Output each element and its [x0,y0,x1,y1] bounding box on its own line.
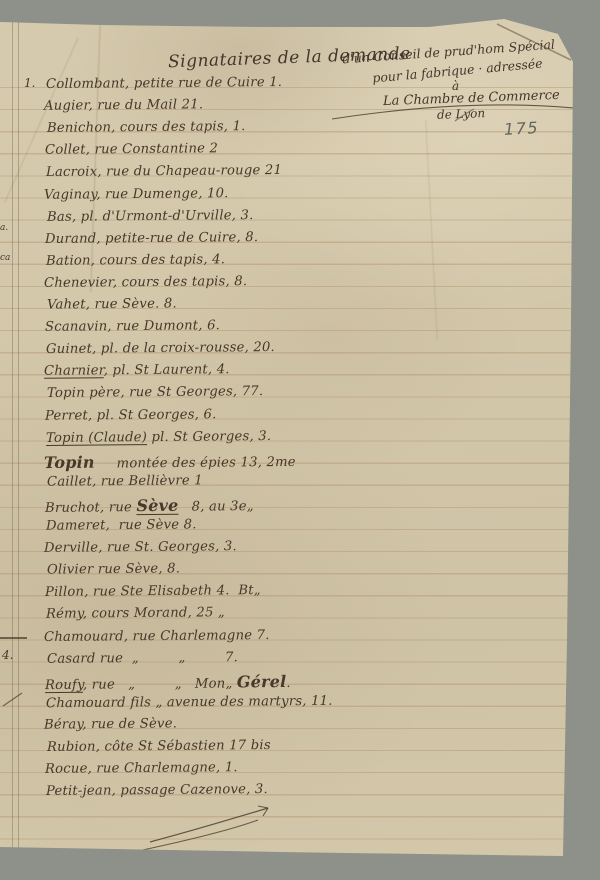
entry-text: Durand, petite-rue de Cuire, 8. [45,230,258,247]
list-entry: Chamouard fils „ avenue des martyrs, 11. [46,694,333,712]
entry-text: Derville, rue St. Georges, 3. [44,539,237,556]
margin-number-first: 1. [24,76,35,90]
margin-edge-note: a. [0,223,8,233]
list-entry: Roufy, rue „ „ Mon„ Gérel. [45,672,291,693]
margin-dash [0,637,27,639]
entry-text: Lacroix, rue du Chapeau-rouge 21 [46,163,282,180]
entry-text: montée des épies 13, 2me [95,455,296,472]
list-entry: Topin père, rue St Georges, 77. [47,384,263,401]
list-entry: Rubion, côte St Sébastien 17 bis [47,738,271,755]
entry-text: Collet, rue Constantine 2 [45,142,218,159]
list-entry: Rocue, rue Charlemagne, 1. [45,760,238,777]
entry-text: Caillet, rue Bellièvre 1 [47,473,203,489]
list-entry: Topin (Claude) pl. St Georges, 3. [46,429,271,446]
entry-text: , pl. St Laurent, 4. [104,362,230,378]
page-number: 175 [504,118,540,139]
entry-text: Collombant, petite rue de Cuire 1. [46,75,282,92]
list-entry: Casard rue „ „ 7. [47,650,238,667]
list-entry: Benichon, cours des tapis, 1. [47,119,246,136]
entry-text: Vahet, rue Sève. 8. [47,296,177,312]
entry-text: Scanavin, rue Dumont, 6. [45,318,220,335]
entry-text: Chamouard fils „ avenue des martyrs, 11. [46,694,333,712]
list-entry: Pillon, rue Ste Elisabeth 4. Bt„ [45,583,261,600]
list-entry: Bation, cours des tapis, 4. [46,252,225,269]
entry-text: Chamouard, rue Charlemagne 7. [44,628,270,645]
entry-text: Pillon, rue Ste Elisabeth 4. Bt„ [45,583,261,600]
entry-text: Topin [44,452,95,471]
entry-text: Topin père, rue St Georges, 77. [47,384,263,401]
entry-text: . [286,676,291,691]
margin-edge-note: ca [0,253,10,263]
underlined-text: Topin (Claude) [46,430,147,446]
list-entry: Petit-jean, passage Cazenove, 3. [46,782,268,799]
list-entry: Derville, rue St. Georges, 3. [44,539,237,556]
list-entry: Bruchot, rue Sève 8, au 3e„ [45,495,254,516]
entry-text: pl. St Georges, 3. [147,429,271,445]
list-entry: Collet, rue Constantine 2 [45,142,218,159]
underlined-text: Roufy [45,677,83,692]
list-entry: Vahet, rue Sève. 8. [47,296,177,312]
entry-text: Dameret, rue Sève 8. [46,517,197,533]
entry-text: Rémy, cours Morand, 25 „ [46,606,225,623]
entry-text: Bas, pl. d'Urmont-d'Urville, 3. [47,208,254,225]
entry-text: Augier, rue du Mail 21. [44,97,203,113]
list-entry: Bas, pl. d'Urmont-d'Urville, 3. [47,208,254,225]
entry-text: Rocue, rue Charlemagne, 1. [45,760,238,777]
underlined-text: Charnier [44,364,104,380]
list-entry: Chamouard, rue Charlemagne 7. [44,628,270,645]
entry-text: 8, au 3e„ [178,499,253,515]
entry-text: Casard rue „ „ 7. [47,650,238,667]
list-entry: Charnier, pl. St Laurent, 4. [44,362,230,379]
list-entry: Topin montée des épies 13, 2me [44,451,296,472]
entry-text: Petit-jean, passage Cazenove, 3. [46,782,268,799]
list-entry: Augier, rue du Mail 21. [44,97,203,113]
entry-text: Gérel [237,672,287,691]
entry-text: Benichon, cours des tapis, 1. [47,119,246,136]
entry-text: Rubion, côte St Sébastien 17 bis [47,738,271,755]
entry-text: Chenevier, cours des tapis, 8. [44,274,247,291]
list-entry: Chenevier, cours des tapis, 8. [44,274,247,291]
list-entry: Olivier rue Sève, 8. [47,562,180,578]
entry-text: Bruchot, rue [45,500,137,516]
list-entry: Caillet, rue Bellièvre 1 [47,473,203,489]
entry-text: Vaginay, rue Dumenge, 10. [44,186,229,203]
entry-text: Guinet, pl. de la croix-rousse, 20. [46,340,275,357]
margin-rule [12,22,19,848]
list-entry: Rémy, cours Morand, 25 „ [46,606,225,623]
entry-text: , rue „ „ Mon„ [83,676,237,692]
margin-number-second: 4. [2,648,13,662]
list-entry: Durand, petite-rue de Cuire, 8. [45,230,258,247]
entry-text: Bation, cours des tapis, 4. [46,252,225,269]
manuscript-page: Signataires de la demande d'un Conseil d… [0,0,600,880]
entry-text: Perret, pl. St Georges, 6. [45,407,217,423]
list-entry: Collombant, petite rue de Cuire 1. [46,75,282,92]
underlined-text: Sève [136,496,178,515]
list-entry: Vaginay, rue Dumenge, 10. [44,186,229,203]
list-entry: Lacroix, rue du Chapeau-rouge 21 [46,163,282,180]
list-entry: Scanavin, rue Dumont, 6. [45,318,220,335]
entry-text: Béray, rue de Sève. [44,716,177,732]
list-entry: Perret, pl. St Georges, 6. [45,407,217,423]
entry-text: Olivier rue Sève, 8. [47,562,180,578]
annotation-line-5: de Lyon [437,106,486,122]
list-entry: Dameret, rue Sève 8. [46,517,197,533]
list-entry: Guinet, pl. de la croix-rousse, 20. [46,340,275,357]
list-entry: Béray, rue de Sève. [44,716,177,732]
